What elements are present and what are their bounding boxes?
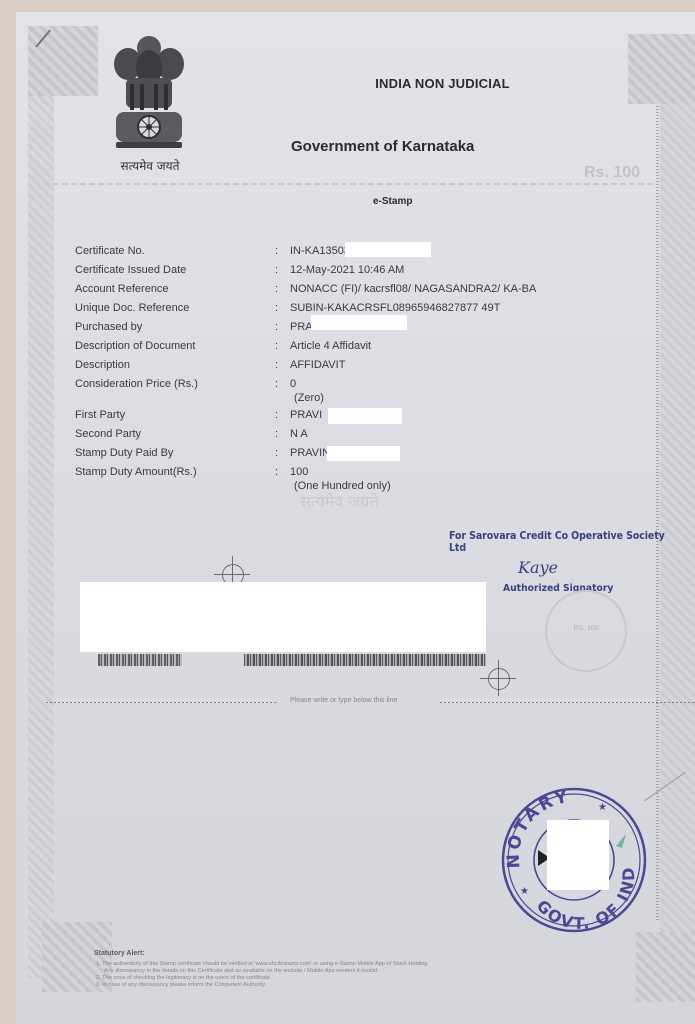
statutory-alert-line: 1. The authenticity of this Stamp certif…: [96, 961, 429, 967]
microtext-line: [656, 40, 659, 920]
header-india-non-judicial: INDIA NON JUDICIAL: [0, 76, 695, 91]
redaction-block: [345, 242, 431, 257]
field-colon: :: [275, 320, 278, 334]
svg-text:★: ★: [520, 886, 529, 897]
statutory-alert-line: 2. The onus of checking the legitimacy i…: [96, 975, 272, 981]
watermark-motto: सत्यमेव जयते: [300, 490, 379, 512]
header-estamp: e-Stamp: [373, 196, 412, 207]
field-label: Unique Doc. Reference: [75, 301, 275, 315]
field-value: AFFIDAVIT: [290, 358, 345, 372]
field-colon: :: [275, 408, 278, 422]
field-value: NONACC (FI)/ kacrsfl08/ NAGASANDRA2/ KA-…: [290, 282, 536, 296]
emblem-motto: सत्यमेव जयते: [108, 157, 192, 174]
header-government: Government of Karnataka: [291, 138, 474, 155]
field-value-sub: (Zero): [294, 391, 324, 405]
field-value: PRA: [290, 320, 313, 334]
field-colon: :: [275, 446, 278, 460]
watermark-value: Rs. 100: [584, 164, 640, 182]
field-label: Description: [75, 358, 275, 372]
national-emblem-icon: [104, 30, 194, 158]
field-colon: :: [275, 465, 278, 479]
redaction-block: [311, 315, 407, 330]
redaction-block: [80, 582, 486, 652]
corner-ornament-bottom-right: [636, 932, 695, 1002]
field-label: Certificate No.: [75, 244, 275, 258]
field-value: 0: [290, 377, 296, 391]
field-label: Second Party: [75, 427, 275, 441]
field-value: 100: [290, 465, 308, 479]
field-label: First Party: [75, 408, 275, 422]
guilloche-border-left: [28, 28, 54, 978]
field-value: PRAVIN: [290, 446, 330, 460]
field-colon: :: [275, 358, 278, 372]
field-label: Certificate Issued Date: [75, 263, 275, 277]
field-colon: :: [275, 244, 278, 258]
statutory-alert-line: Any discrepancy in the details on this C…: [104, 968, 379, 974]
field-value: Article 4 Affidavit: [290, 339, 371, 353]
field-value: PRAVI: [290, 408, 322, 422]
field-value: SUBIN-KAKACRSFL08965946827877 49T: [290, 301, 500, 315]
statutory-alert-line: 3. In case of any discrepancy please inf…: [96, 982, 266, 988]
field-colon: :: [275, 377, 278, 391]
field-colon: :: [275, 339, 278, 353]
field-label: Stamp Duty Paid By: [75, 446, 275, 460]
field-value: 12-May-2021 10:46 AM: [290, 263, 404, 277]
field-colon: :: [275, 427, 278, 441]
divider: [440, 702, 695, 703]
security-line: [44, 183, 654, 185]
faint-seal: RS. 100: [545, 590, 627, 672]
corner-ornament-top-right: [628, 34, 695, 104]
field-label: Account Reference: [75, 282, 275, 296]
field-label: Description of Document: [75, 339, 275, 353]
field-value: N A: [290, 427, 308, 441]
redaction-block: [328, 408, 402, 424]
field-label: Consideration Price (Rs.): [75, 377, 275, 391]
field-colon: :: [275, 301, 278, 315]
guilloche-border-right: [660, 40, 695, 970]
issuer-society: For Sarovara Credit Co Operative Society…: [449, 530, 670, 554]
field-label: Purchased by: [75, 320, 275, 334]
field-colon: :: [275, 263, 278, 277]
field-label: Stamp Duty Amount(Rs.): [75, 465, 275, 479]
write-below-line-text: Please write or type below this line: [290, 697, 397, 704]
redaction-block: [327, 446, 400, 461]
divider: [46, 702, 276, 703]
barcode: [98, 654, 182, 666]
svg-text:★: ★: [598, 802, 607, 813]
signature: Kaye: [518, 558, 558, 577]
barcode: [244, 654, 486, 666]
field-colon: :: [275, 282, 278, 296]
statutory-alert-title: Statutory Alert:: [94, 950, 145, 957]
redaction-block: [547, 820, 609, 890]
